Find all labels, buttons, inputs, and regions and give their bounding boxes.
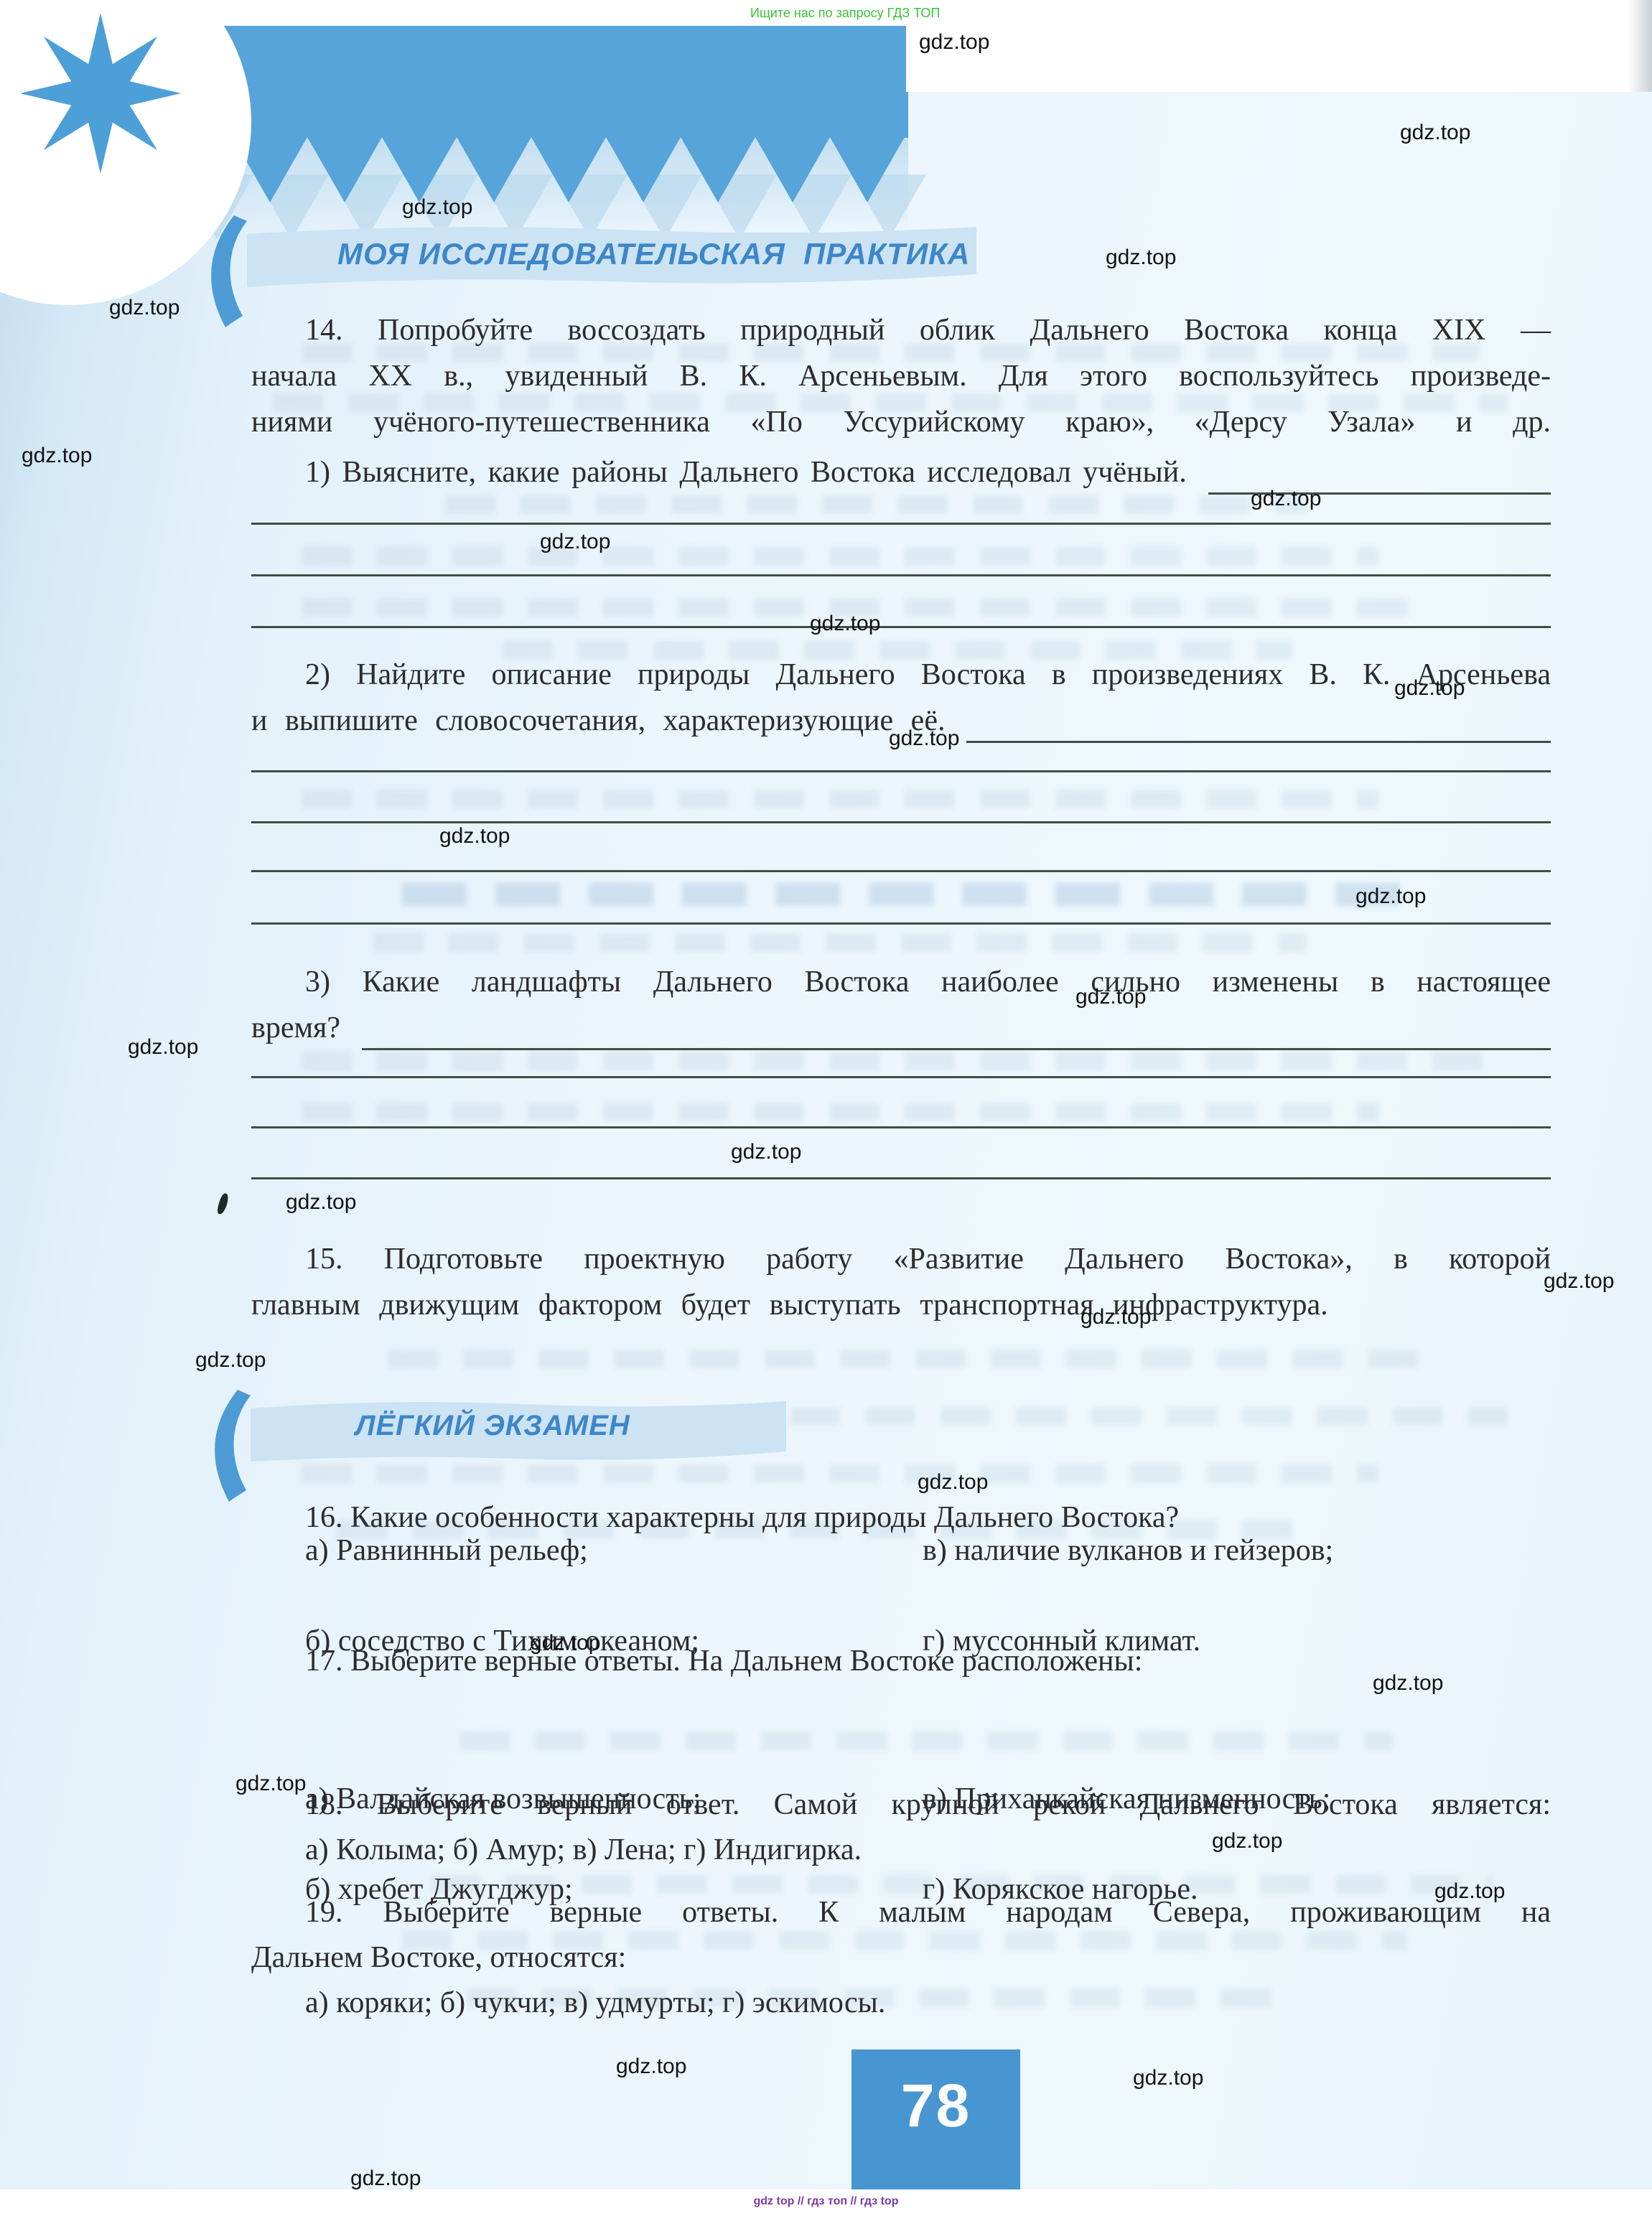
- answer-rule: [251, 1126, 1551, 1128]
- watermark: gdz.top: [286, 1190, 356, 1215]
- watermark: gdz.top: [530, 1631, 600, 1655]
- watermark: gdz.top: [540, 530, 610, 554]
- watermark: gdz.top: [919, 30, 989, 55]
- watermark: gdz.top: [1400, 121, 1470, 145]
- watermark: gdz.top: [195, 1348, 266, 1373]
- page-number-box: 78: [851, 2049, 1020, 2191]
- bleed-through-text: [402, 883, 1407, 906]
- option-16-v: в) наличие вулканов и гейзеров;: [923, 1528, 1333, 1574]
- watermark: gdz.top: [1355, 884, 1426, 909]
- question-3-line-1: 3) Какие ландшафты Дальнего Востока наиб…: [251, 959, 1551, 1005]
- answer-rule: [251, 574, 1551, 576]
- task-14-line-1: 14. Попробуйте воссоздать природный обли…: [251, 307, 1551, 353]
- bleed-through-text: [302, 1052, 1486, 1070]
- question-2-line-2: и выпишите словосочетания, характеризующ…: [251, 698, 945, 744]
- watermark: gdz.top: [1544, 1269, 1614, 1294]
- bleed-through-text: [388, 1350, 1429, 1368]
- bleed-through-text: [302, 1103, 1378, 1121]
- footer-site-line: gdz top // гдз топ // гдз top: [0, 2195, 1652, 2208]
- watermark: gdz.top: [1081, 1305, 1151, 1329]
- answer-rule: [251, 1177, 1551, 1179]
- watermark: gdz.top: [1251, 487, 1321, 511]
- bleed-through-text: [445, 495, 1307, 514]
- watermark: gdz.top: [1373, 1671, 1443, 1696]
- page-edge-shade: [1628, 0, 1652, 92]
- task-14-line-3: ниями учёного-путешественника «По Уссури…: [251, 399, 1551, 445]
- question-1-line: 1) Выясните, какие районы Дальнего Восто…: [251, 449, 1551, 495]
- answer-rule: [362, 1005, 1551, 1050]
- question-2-line-1: 2) Найдите описание природы Дальнего Вос…: [251, 652, 1551, 698]
- swoosh-icon: [211, 215, 247, 327]
- task-18-heading: 18. Выберите верный ответ. Самой крупной…: [251, 1782, 1551, 1828]
- task-19-options: а) коряки; б) чукчи; в) удмурты; г) эски…: [305, 1980, 885, 2026]
- answer-rule: [251, 870, 1551, 872]
- watermark: gdz.top: [810, 612, 880, 636]
- watermark: gdz.top: [918, 1470, 988, 1495]
- swoosh-icon: [215, 1390, 251, 1502]
- task-14-paragraph: 14. Попробуйте воссоздать природный обли…: [251, 307, 1551, 445]
- answer-rule: [966, 698, 1551, 743]
- watermark: gdz.top: [402, 195, 472, 220]
- task-17-heading: 17. Выберите верные ответы. На Дальнем В…: [251, 1638, 1551, 1684]
- answer-rule: [251, 770, 1551, 772]
- bleed-through-text: [459, 1731, 1393, 1750]
- watermark: gdz.top: [350, 2166, 421, 2191]
- watermark: gdz.top: [22, 444, 92, 468]
- footer-strip: gdz top // гдз топ // гдз top: [0, 2189, 1652, 2216]
- workbook-page: Ищите нас по запросу ГДЗ ТОП МОЯ ИССЛЕДО…: [0, 0, 1652, 2216]
- watermark: gdz.top: [439, 824, 510, 848]
- task-15-line-2: главным движущим фактором будет выступат…: [251, 1282, 1551, 1328]
- answer-rule: [251, 523, 1551, 525]
- task-15-paragraph: 15. Подготовьте проектную работу «Развит…: [251, 1236, 1551, 1328]
- watermark: gdz.top: [128, 1035, 198, 1060]
- question-3-block: 3) Какие ландшафты Дальнего Востока наиб…: [251, 959, 1551, 1051]
- watermark: gdz.top: [1394, 676, 1465, 701]
- watermark: gdz.top: [616, 2054, 686, 2079]
- bleed-through-text: [302, 547, 1378, 566]
- watermark: gdz.top: [731, 1140, 801, 1164]
- watermark: gdz.top: [1133, 2066, 1203, 2090]
- watermark: gdz.top: [1106, 246, 1176, 270]
- task-15-line-1: 15. Подготовьте проектную работу «Развит…: [251, 1236, 1551, 1282]
- task-14-line-2: начала XX в., увиденный В. К. Арсеньевым…: [251, 353, 1551, 399]
- answer-rule: [251, 626, 1551, 628]
- easy-exam-banner-title: ЛЁГКИЙ ЭКЗАМЕН: [355, 1410, 630, 1442]
- task-18-options: а) Колыма; б) Амур; в) Лена; г) Индигирк…: [305, 1827, 862, 1873]
- research-banner-title: МОЯ ИССЛЕДОВАТЕЛЬСКАЯ ПРАКТИКА: [337, 237, 970, 271]
- bleed-through-text: [302, 790, 1378, 808]
- answer-rule: [251, 922, 1551, 925]
- answer-rule: [251, 1076, 1551, 1078]
- watermark: gdz.top: [1075, 985, 1146, 1009]
- task-19-line-1: 19. Выберите верные ответы. К малым наро…: [251, 1889, 1551, 1935]
- watermark: gdz.top: [1212, 1829, 1282, 1853]
- task-16-options-row-1: а) Равнинный рельеф; в) наличие вулканов…: [305, 1528, 1551, 1574]
- ink-mark: [216, 1192, 230, 1215]
- question-1-text: 1) Выясните, какие районы Дальнего Восто…: [251, 449, 1187, 495]
- task-19-line-2: Дальнем Востоке, относятся:: [251, 1935, 626, 1981]
- watermark: gdz.top: [109, 296, 179, 320]
- option-16-a: а) Равнинный рельеф;: [305, 1534, 588, 1567]
- watermark: gdz.top: [889, 726, 959, 751]
- answer-rule: [251, 821, 1551, 823]
- bleed-through-text: [373, 933, 1307, 952]
- watermark: gdz.top: [235, 1772, 306, 1796]
- question-3-line-2: время?: [251, 1005, 340, 1051]
- watermark: gdz.top: [1434, 1879, 1505, 1904]
- star-icon: [20, 13, 181, 174]
- page-number: 78: [851, 2071, 1020, 2141]
- top-right-white: [906, 0, 1652, 92]
- search-hint-text: Ищите нас по запросу ГДЗ ТОП: [750, 6, 940, 21]
- bleed-through-text: [790, 1407, 1508, 1426]
